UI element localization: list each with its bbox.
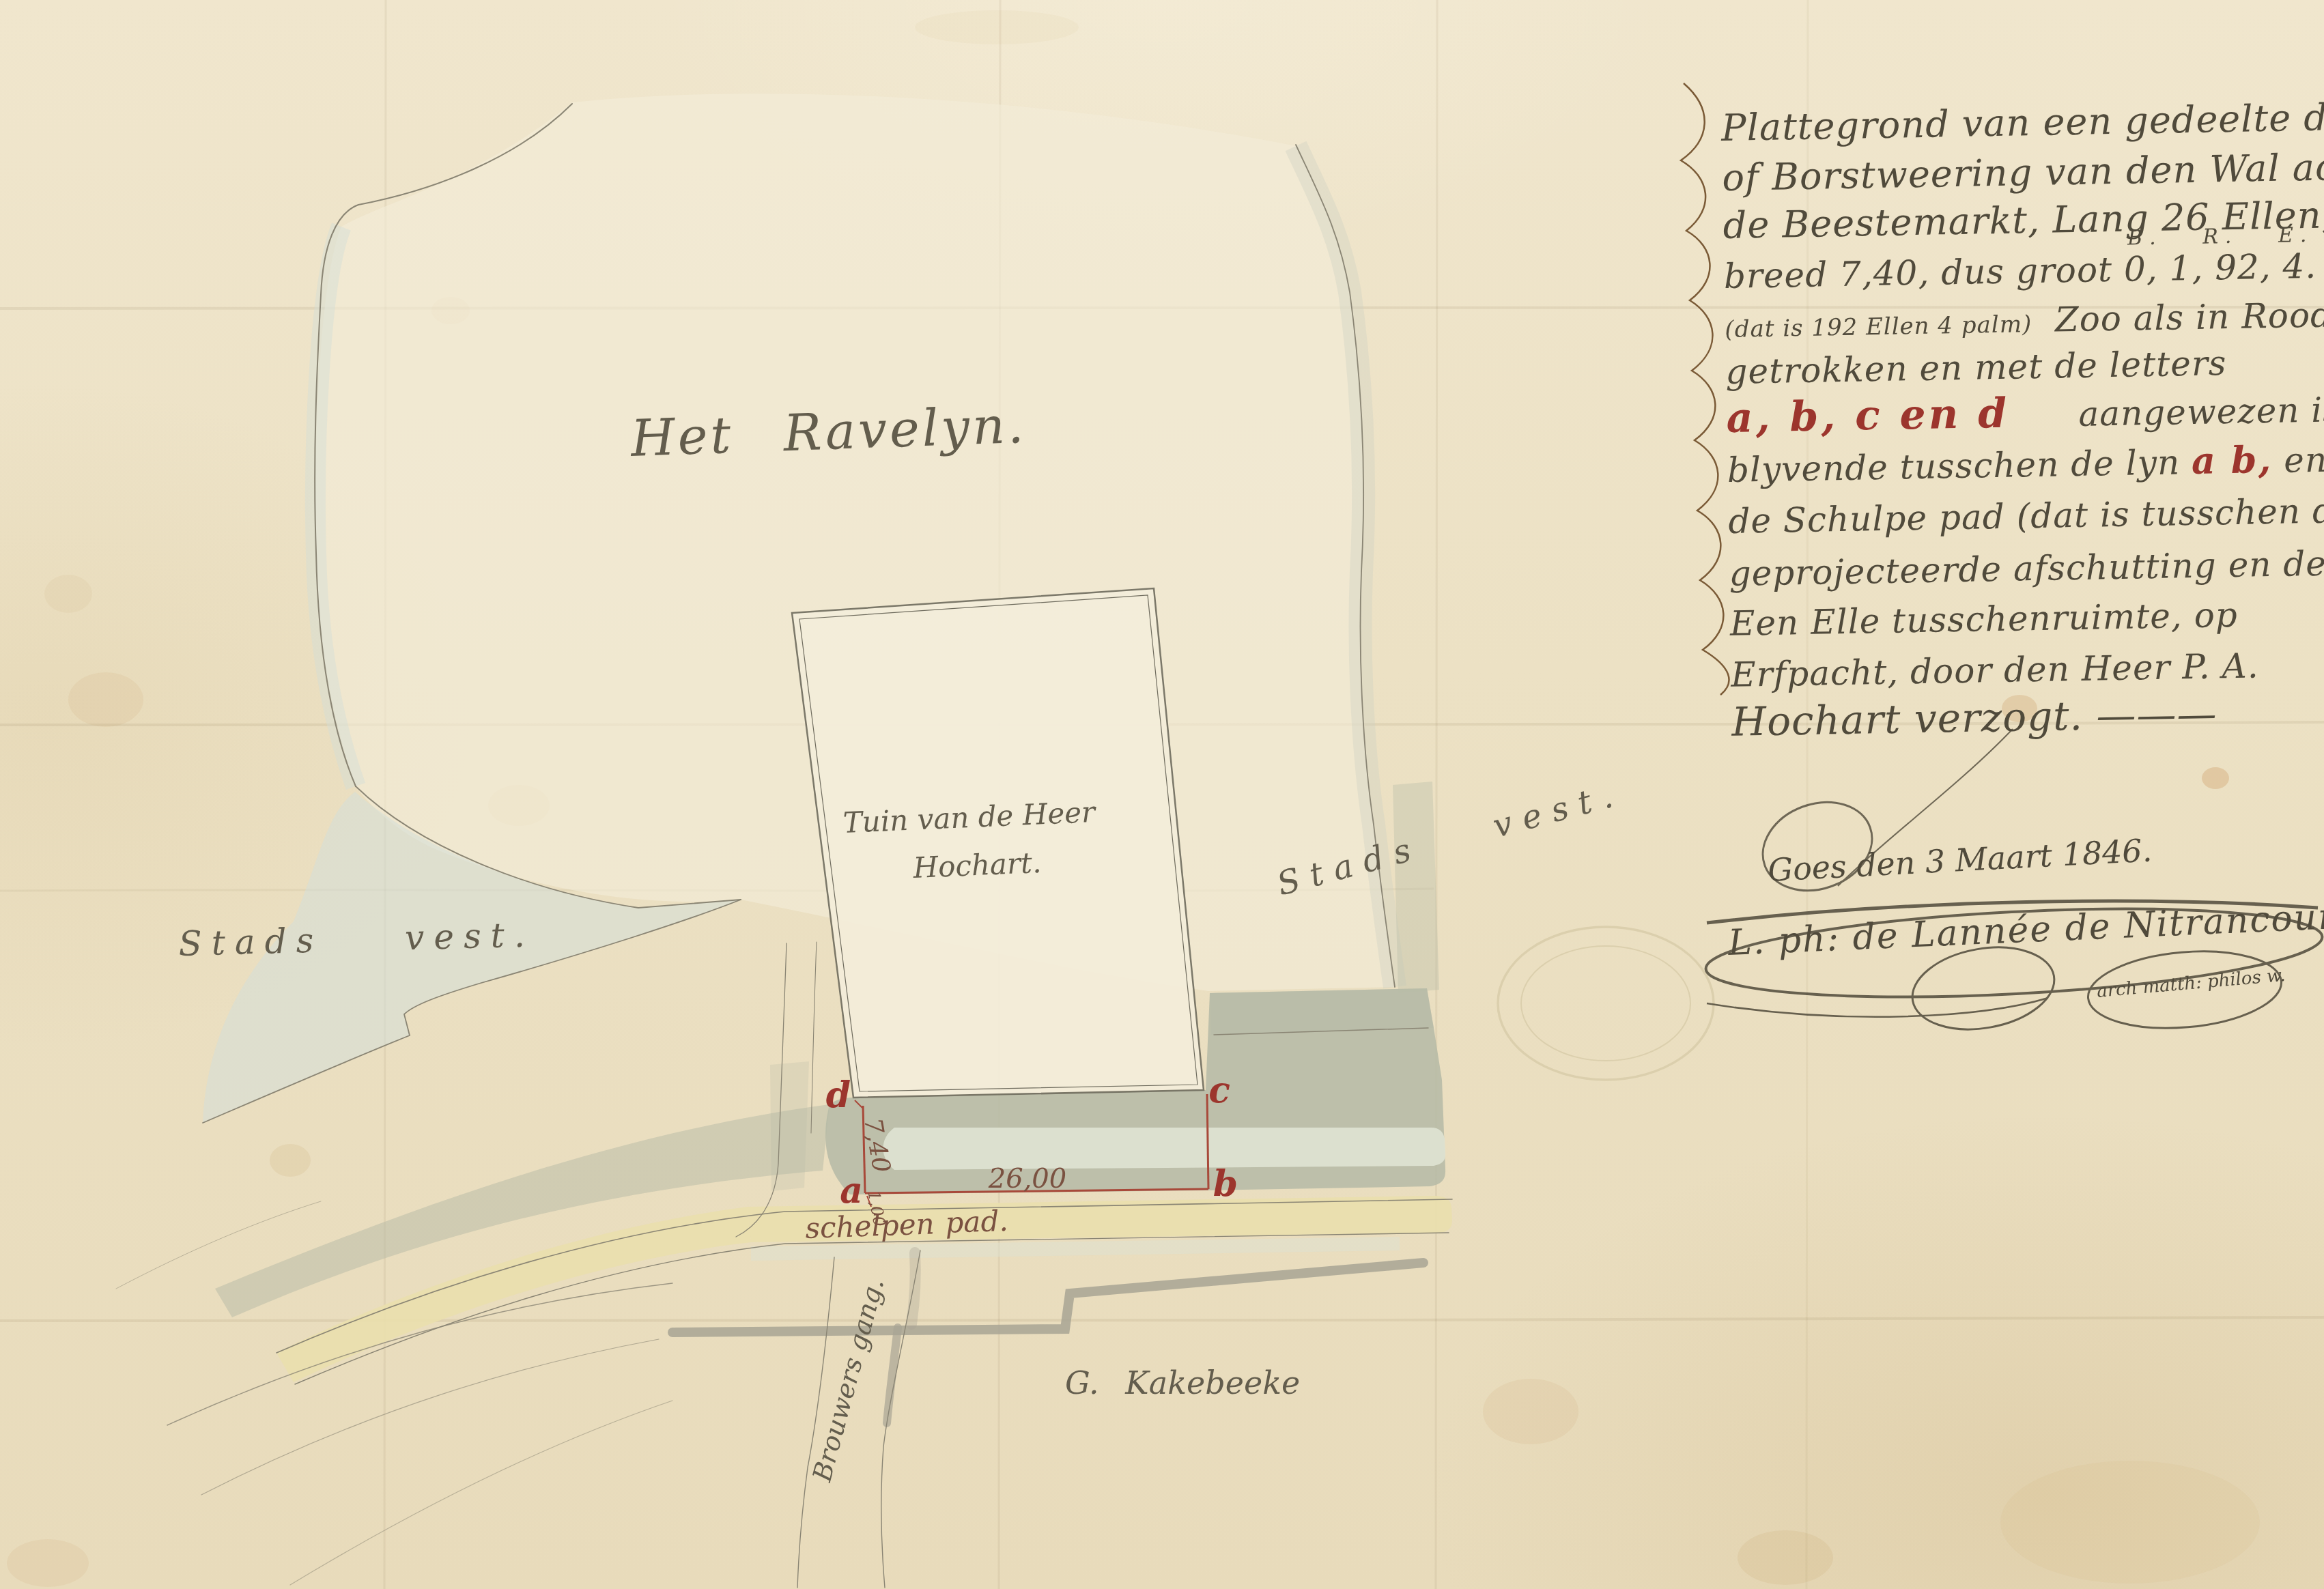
- annotation-line-10: geprojecteerde afschutting en de pad,): [1729, 542, 2324, 594]
- marker-a: a: [840, 1170, 863, 1212]
- annotation-line-4: breed 7,40, dus groot B. R. E. P.0, 1, 9…: [1724, 245, 2324, 296]
- annotation-line-8: blyvende tusschen de lyn a b, en: [1727, 437, 2324, 491]
- dimension-length: 26,00: [988, 1163, 1067, 1194]
- garden-parcel: [792, 588, 1204, 1098]
- annotation-line-9: de Schulpe pad (dat is tusschen de: [1728, 491, 2324, 541]
- marker-d: d: [826, 1074, 851, 1116]
- label-kakebeeke: G. Kakebeeke: [1065, 1364, 1300, 1401]
- label-pad: pad.: [945, 1204, 1009, 1240]
- annotation-line-1: Plattegrond van een gedeelte dyks: [1721, 95, 2324, 149]
- annotation-line-5: (dat is 192 Ellen 4 palm) Zoo als in Roo…: [1725, 295, 2324, 345]
- dyke-crest-light: [883, 1128, 1446, 1170]
- label-tuin-line2: Hochart.: [911, 846, 1042, 885]
- annotation-line-12: Erfpacht, door den Heer P. A.: [1731, 646, 2259, 694]
- red-letters-ab: a b,: [2191, 438, 2272, 483]
- gray-wall-lines: [672, 1252, 1423, 1423]
- annotation-line-11: Een Elle tusschenruimte, op: [1729, 595, 2238, 644]
- marker-b: b: [1213, 1163, 1238, 1205]
- area-measure-group: B. R. E. P.0, 1, 92, 4. N.: [2123, 245, 2324, 289]
- wall-upper-streak: [1393, 782, 1439, 993]
- annotation-line-2: of Borstweering van den Wal achter: [1722, 144, 2324, 199]
- annotation-line-6: getrokken en met de letters: [1725, 343, 2227, 392]
- annotation-line-7: a, b, c en d aangewezen is,: [1726, 384, 2324, 442]
- red-letters-abcd: a, b, c en d: [1726, 390, 2010, 442]
- scanned-map-document: Het Ravelyn. Stads vest. Stads vest. Tui…: [0, 0, 2324, 1589]
- measure-units-superscript: B. R. E. P.: [2127, 222, 2324, 250]
- marker-c: c: [1208, 1070, 1230, 1111]
- label-brouwers-gang: Brouwers gang.: [806, 1275, 890, 1485]
- annotation-line-13: Hochart verzogt. ———: [1731, 690, 2217, 745]
- embossed-stamp: [1498, 927, 1714, 1080]
